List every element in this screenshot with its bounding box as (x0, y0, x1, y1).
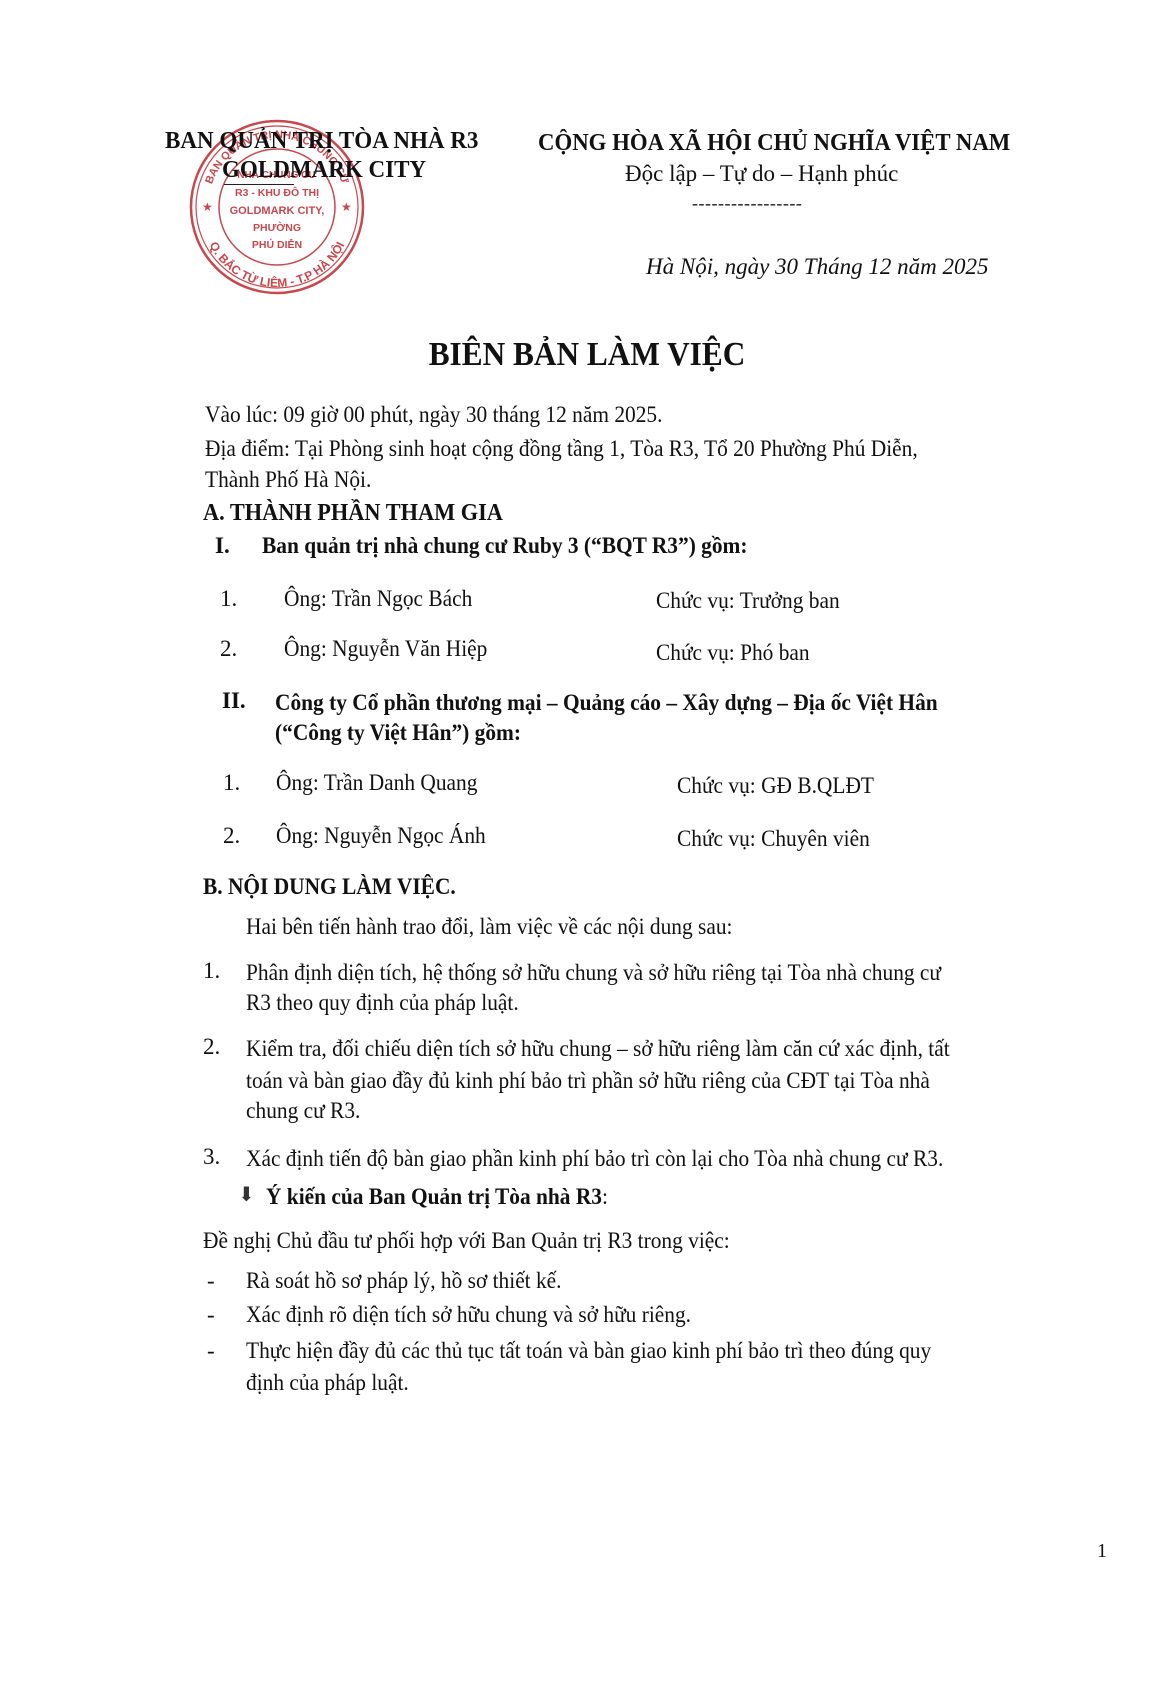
opinion-request: Đề nghị Chủ đầu tư phối hợp với Ban Quản… (203, 1228, 730, 1254)
opinion-heading-colon: : (602, 1184, 608, 1209)
svg-text:PHƯỜNG: PHƯỜNG (253, 221, 301, 234)
member-index: 2. (223, 823, 240, 849)
member-position: Chức vụ: Phó ban (656, 640, 810, 666)
document-title: BIÊN BẢN LÀM VIỆC (47, 336, 1127, 374)
group1-title: Ban quản trị nhà chung cư Ruby 3 (“BQT R… (262, 533, 748, 559)
meeting-time: Vào lúc: 09 giờ 00 phút, ngày 30 tháng 1… (205, 402, 662, 428)
organization-name-line1: BAN QUẢN TRỊ TÒA NHÀ R3 (165, 128, 478, 155)
svg-text:R3 - KHU ĐÔ THỊ: R3 - KHU ĐÔ THỊ (235, 186, 319, 199)
opinion-heading-text: Ý kiến của Ban Quản trị Tòa nhà R3 (266, 1184, 602, 1209)
agenda-text-line: toán và bàn giao đầy đủ kinh phí bảo trì… (246, 1068, 930, 1094)
bullet-text-line: Rà soát hồ sơ pháp lý, hồ sơ thiết kế. (246, 1268, 562, 1294)
bullet-dash: - (207, 1302, 215, 1328)
group2-title-line2: (“Công ty Việt Hân”) gồm: (275, 720, 521, 746)
group1-numeral: I. (215, 533, 230, 559)
agenda-index: 2. (203, 1034, 220, 1060)
header-separator: ----------------- (692, 193, 802, 214)
group2-title-line1: Công ty Cổ phần thương mại – Quảng cáo –… (275, 690, 938, 716)
meeting-location-line2: Thành Phố Hà Nội. (205, 467, 371, 493)
member-index: 2. (220, 636, 237, 662)
member-index: 1. (223, 770, 240, 796)
member-name: Ông: Trần Ngọc Bách (284, 586, 472, 612)
section-b-heading: B. NỘI DUNG LÀM VIỆC. (203, 874, 456, 900)
svg-text:GOLDMARK CITY,: GOLDMARK CITY, (230, 205, 325, 217)
agenda-text-line: chung cư R3. (246, 1098, 360, 1124)
bullet-text-line: Thực hiện đầy đủ các thủ tục tất toán và… (246, 1338, 931, 1364)
meeting-location-line1: Địa điểm: Tại Phòng sinh hoạt cộng đồng … (205, 436, 918, 462)
agenda-text-line: Phân định diện tích, hệ thống sở hữu chu… (246, 960, 941, 986)
page-number: 1 (1097, 1540, 1107, 1563)
svg-text:★: ★ (202, 200, 213, 214)
svg-text:PHÚ DIỄN: PHÚ DIỄN (252, 238, 302, 251)
member-position: Chức vụ: Chuyên viên (677, 826, 870, 852)
agenda-text-line: Kiểm tra, đối chiếu diện tích sở hữu chu… (246, 1036, 950, 1062)
svg-text:★: ★ (341, 200, 352, 214)
organization-underline (224, 184, 294, 185)
agenda-text-line: Xác định tiến độ bàn giao phần kinh phí … (246, 1146, 943, 1172)
member-name: Ông: Nguyễn Ngọc Ánh (276, 823, 486, 849)
section-b-intro: Hai bên tiến hành trao đổi, làm việc về … (246, 914, 732, 940)
section-a-heading: A. THÀNH PHẦN THAM GIA (203, 500, 503, 527)
bullet-text-line: định của pháp luật. (246, 1370, 409, 1396)
agenda-text-line: R3 theo quy định của pháp luật. (246, 990, 519, 1016)
arrow-down-icon: ⬇ (238, 1182, 255, 1207)
bullet-dash: - (207, 1268, 215, 1294)
agenda-index: 3. (203, 1144, 220, 1170)
member-name: Ông: Nguyễn Văn Hiệp (284, 636, 487, 662)
national-title: CỘNG HÒA XÃ HỘI CHỦ NGHĨA VIỆT NAM (538, 130, 1010, 157)
member-position: Chức vụ: GĐ B.QLĐT (677, 773, 874, 799)
member-position: Chức vụ: Trưởng ban (656, 588, 840, 614)
organization-name-line2: GOLDMARK CITY (222, 157, 426, 184)
opinion-heading: Ý kiến của Ban Quản trị Tòa nhà R3: (266, 1184, 608, 1210)
agenda-index: 1. (203, 958, 220, 984)
place-date: Hà Nội, ngày 30 Tháng 12 năm 2025 (646, 254, 988, 280)
member-index: 1. (220, 586, 237, 612)
national-motto: Độc lập – Tự do – Hạnh phúc (625, 161, 898, 187)
bullet-text-line: Xác định rõ diện tích sở hữu chung và sở… (246, 1302, 691, 1328)
member-name: Ông: Trần Danh Quang (276, 770, 477, 796)
group2-numeral: II. (222, 688, 246, 714)
bullet-dash: - (207, 1338, 215, 1364)
